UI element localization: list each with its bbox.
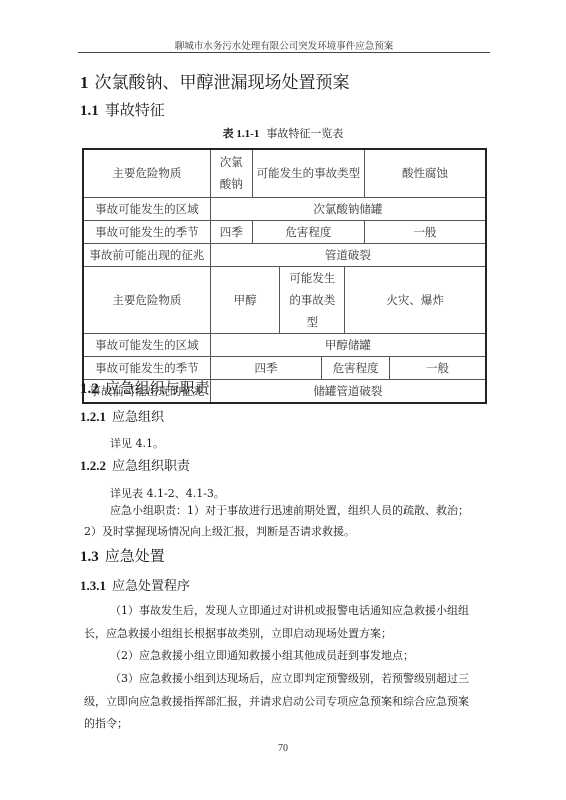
accident-features-table: 主要危险物质 次氯酸钠 可能发生的事故类型 酸性腐蚀 事故可能发生的区域次氯酸钠… [82, 148, 487, 404]
chapter-heading: 1次氯酸钠、甲醇泄漏现场处置预案 [80, 68, 350, 93]
cell-value: 酸性腐蚀 [365, 149, 486, 197]
cell-label: 事故前可能出现的征兆 [83, 243, 210, 266]
paragraph: （3）应急救援小组到达现场后，应立即判定预警级别，若预警级别超过三 [110, 671, 469, 686]
paragraph: 的指令； [84, 716, 128, 731]
cell-label: 可能发生的事故类型 [252, 149, 364, 197]
section-heading-1-3-1: 1.3.1应急处置程序 [80, 575, 190, 594]
table-caption: 表 1.1-1 事故特征一览表 [0, 125, 566, 141]
cell-label: 事故可能发生的区域 [83, 197, 210, 220]
cell-value: 火灾、爆炸 [345, 266, 486, 333]
section-heading-1-2-1: 1.2.1应急组织 [80, 406, 164, 425]
cell-value: 一般 [365, 220, 486, 243]
cell-value: 次氯酸钠储罐 [210, 197, 486, 220]
header-rule [78, 52, 490, 53]
cell-label: 可能发生的事故类型 [280, 266, 345, 333]
cell-value: 一般 [389, 356, 486, 379]
paragraph: 详见表 4.1-2、4.1-3。 [110, 486, 225, 501]
cell-value: 甲醇储罐 [210, 333, 486, 356]
cell-value: 管道破裂 [210, 243, 486, 266]
cell-label: 事故可能发生的季节 [83, 356, 210, 379]
paragraph: 长，应急救援小组组长根据事故类别，立即启动现场处置方案； [84, 626, 392, 641]
paragraph: 级，立即向应急救援指挥部汇报，并请求启动公司专项应急预案和综合应急预案 [84, 694, 469, 709]
paragraph: （2）应急救援小组立即通知救援小组其他成员赶到事发地点； [110, 648, 414, 663]
paragraph: 2）及时掌握现场情况向上级汇报，判断是否请求救援。 [84, 524, 355, 539]
cell-label: 主要危险物质 [83, 266, 210, 333]
paragraph: 详见 4.1。 [110, 436, 164, 451]
cell-value: 甲醇 [210, 266, 280, 333]
cell-label: 事故可能发生的区域 [83, 333, 210, 356]
cell-value: 四季 [210, 356, 322, 379]
paragraph: 应急小组职责：1）对于事故进行迅速前期处置，组织人员的疏散、救治； [110, 503, 469, 518]
section-heading-1-1: 1.1事故特征 [80, 99, 165, 120]
page-number: 70 [0, 743, 566, 754]
cell-label: 危害程度 [252, 220, 364, 243]
running-header: 聊城市水务污水处理有限公司突发环境事件应急预案 [78, 38, 490, 52]
section-heading-1-2-2: 1.2.2应急组织职责 [80, 455, 190, 474]
cell-label: 危害程度 [322, 356, 390, 379]
section-heading-1-3: 1.3应急处置 [80, 545, 165, 566]
cell-value: 四季 [210, 220, 252, 243]
cell-label: 主要危险物质 [83, 149, 210, 197]
cell-value: 储罐管道破裂 [210, 379, 486, 403]
paragraph: （1）事故发生后，发现人立即通过对讲机或报警电话通知应急救援小组组 [110, 603, 469, 618]
cell-value: 次氯酸钠 [210, 149, 252, 197]
section-heading-1-2: 1.2应急组织与职责 [80, 377, 210, 398]
cell-label: 事故可能发生的季节 [83, 220, 210, 243]
